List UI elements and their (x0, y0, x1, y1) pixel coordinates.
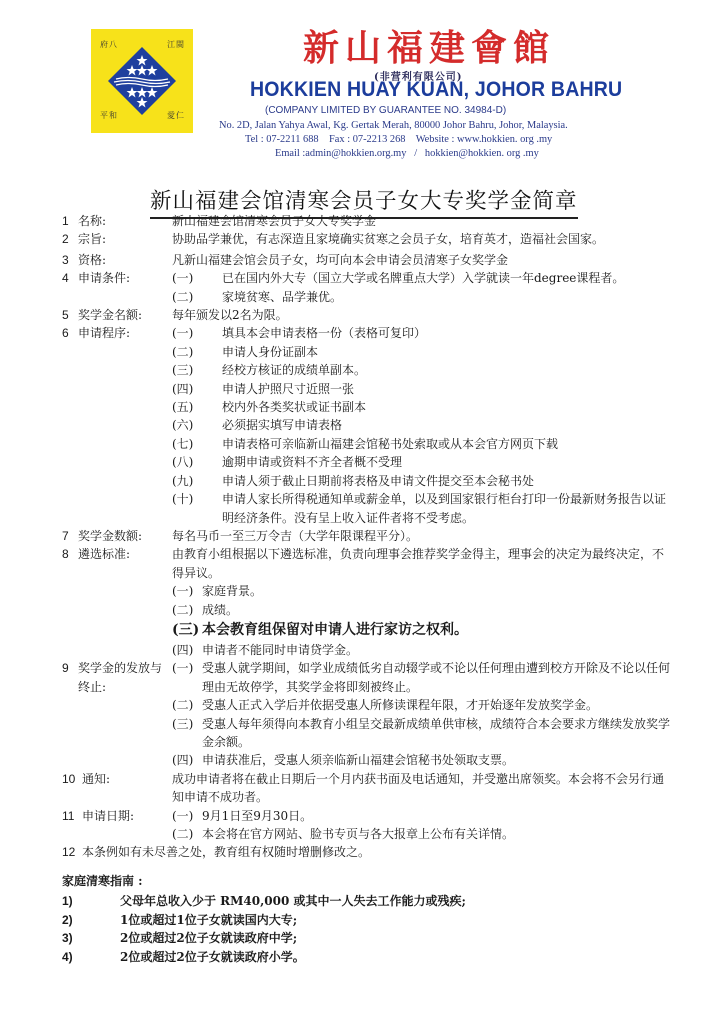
guide-item-number: 3) (62, 929, 120, 947)
item-marker: (四) (172, 380, 222, 398)
item-marker: (八) (172, 453, 222, 471)
item-text: 填具本会申请表格一份（表格可复印） (222, 324, 672, 342)
list-item: (七)申请表格可亲临新山福建会馆秘书处索取或从本会官方网页下载 (172, 435, 672, 453)
guide-item-number: 1) (62, 892, 120, 910)
section-label: 申请程序: (74, 324, 172, 526)
section-number: 4 (62, 269, 74, 306)
guide-item-text: 父母年总收入少于 RM40,000 或其中一人失去工作能力或残疾; (120, 892, 466, 910)
section-number: 9 (62, 659, 74, 769)
item-text: 申请获准后，受惠人须亲临新山福建会馆秘书处领取支票。 (202, 751, 672, 769)
star-diamond-emblem-icon (108, 47, 176, 115)
list-item: (二)家境贫寒、品学兼优。 (172, 288, 672, 306)
item-marker: (二) (172, 696, 202, 714)
item-text: 申请表格可亲临新山福建会馆秘书处索取或从本会官方网页下载 (222, 435, 672, 453)
item-text: 受惠人每年须得向本教育小组呈交最新成绩单供审核，成绩符合本会要求方继续发放奖学金… (202, 715, 672, 752)
section-number: 8 (62, 545, 74, 659)
section-label: 奖学金数额: (74, 527, 172, 545)
item-marker: (一) (172, 807, 202, 825)
item-marker: (二) (172, 343, 222, 361)
organization-logo: 府八 江閩 平和 愛仁 (91, 29, 193, 133)
item-marker: (四) (172, 751, 202, 769)
section-procedure: 6 申请程序: (一)填具本会申请表格一份（表格可复印） (二)申请人身份证副本… (62, 324, 672, 526)
section-label: 资格: (74, 251, 172, 269)
section-notification: 10 通知: 成功申请者将在截止日期后一个月内获书面及电话通知，并受邀出席领奖。… (62, 770, 672, 807)
item-text: 已在国内外大专（国立大学或名牌重点大学）入学就读一年degree课程者。 (222, 269, 672, 287)
item-text: 受惠人正式入学后并依据受惠人所修读课程年限，才开始逐年发放奖学金。 (202, 696, 672, 714)
list-item: (三)受惠人每年须得向本教育小组呈交最新成绩单供审核，成绩符合本会要求方继续发放… (172, 715, 672, 752)
section-amendments: 12 本条例如有未尽善之处，教育组有权随时增删修改之。 (62, 843, 672, 861)
section-application-dates: 11 申请日期: (一)9月1日至9月30日。 (二)本会将在官方网站、脸书专页… (62, 807, 672, 844)
item-text: 家境贫寒、品学兼优。 (222, 288, 672, 306)
section-label: 名称: (74, 212, 172, 230)
logo-text-bottom-right: 愛仁 (167, 110, 185, 121)
family-hardship-guide: 家庭清寒指南 : 1)父母年总收入少于 RM40,000 或其中一人失去工作能力… (62, 872, 672, 966)
item-marker: (十) (172, 490, 222, 527)
list-item: (五)校内外各类奖状或证书副本 (172, 398, 672, 416)
section-number: 11 (62, 807, 78, 844)
guide-item: 2)1位或超过1位子女就读国内大专; (62, 911, 672, 929)
item-text: 受惠人就学期间，如学业成绩低劣自动辍学或不论以任何理由遭到校方开除及不论以任何理… (202, 659, 672, 696)
section-number: 2 (62, 230, 74, 248)
item-marker: (一) (172, 582, 202, 600)
list-item: (四)申请者不能同时申请贷学金。 (172, 641, 672, 659)
section-label: 奖学金名额: (74, 306, 172, 324)
list-item: (四)申请人护照尺寸近照一张 (172, 380, 672, 398)
document-body: 1 名称: 新山福建会馆清寒会员子女大专奖学金 2 宗旨: 协助品学兼优，有志深… (62, 212, 672, 862)
list-item: (六)必须据实填写申请表格 (172, 416, 672, 434)
item-marker: (一) (172, 269, 222, 287)
section-eligibility: 3 资格: 凡新山福建会馆会员子女，均可向本会申请会员清寒子女奖学金 (62, 251, 672, 269)
item-marker: (一) (172, 659, 202, 696)
section-number: 10 (62, 770, 78, 807)
list-item: (十)申请人家长所得税通知单或薪金单，以及到国家银行柜台打印一份最新财务报告以证… (172, 490, 672, 527)
section-amount: 7 奖学金数额: 每名马币一至三万令吉（大学年限课程平分）。 (62, 527, 672, 545)
item-marker: (三) (172, 715, 202, 752)
section-text: 由教育小组根据以下遴选标准，负责向理事会推荐奖学金得主，理事会的决定为最终决定，… (172, 545, 672, 582)
guide-item-number: 2) (62, 911, 120, 929)
contact-line: Tel : 07-2211 688 Fax : 07-2213 268 Webs… (245, 134, 552, 145)
list-item: (三)经校方核证的成绩单副本。 (172, 361, 672, 379)
item-marker: (六) (172, 416, 222, 434)
section-number: 3 (62, 251, 74, 269)
item-marker: (二) (172, 601, 202, 619)
list-item: (一)填具本会申请表格一份（表格可复印） (172, 324, 672, 342)
item-marker: (三) (172, 619, 202, 641)
registration-number: (COMPANY LIMITED BY GUARANTEE NO. 34984-… (265, 105, 506, 116)
guide-item-text: 2位或超过2位子女就读政府中学; (120, 929, 297, 947)
item-text: 申请者不能同时申请贷学金。 (202, 641, 672, 659)
section-selection-criteria: 8 遴选标准: 由教育小组根据以下遴选标准，负责向理事会推荐奖学金得主，理事会的… (62, 545, 672, 659)
section-name: 1 名称: 新山福建会馆清寒会员子女大专奖学金 (62, 212, 672, 230)
section-number: 1 (62, 212, 74, 230)
section-text: 协助品学兼优，有志深造且家境确实贫寒之会员子女，培育英才，造福社会国家。 (172, 230, 672, 248)
list-item: (四)申请获准后，受惠人须亲临新山福建会馆秘书处领取支票。 (172, 751, 672, 769)
list-item: (一)9月1日至9月30日。 (172, 807, 672, 825)
section-label: 通知: (78, 770, 172, 807)
item-text: 经校方核证的成绩单副本。 (222, 361, 672, 379)
list-item: (九)申请人须于截止日期前将表格及申请文件提交至本会秘书处 (172, 472, 672, 490)
section-number: 12 (62, 843, 78, 861)
item-text: 申请人身份证副本 (222, 343, 672, 361)
list-item: (一)已在国内外大专（国立大学或名牌重点大学）入学就读一年degree课程者。 (172, 269, 672, 287)
guide-item-number: 4) (62, 948, 120, 966)
item-marker: (九) (172, 472, 222, 490)
section-purpose: 2 宗旨: 协助品学兼优，有志深造且家境确实贫寒之会员子女，培育英才，造福社会国… (62, 230, 672, 248)
organization-name-chinese: 新山福建會館 (303, 20, 555, 71)
guide-item: 4)2位或超过2位子女就读政府小学。 (62, 948, 672, 966)
section-text: 每名马币一至三万令吉（大学年限课程平分）。 (172, 527, 672, 545)
item-marker: (一) (172, 324, 222, 342)
item-text: 申请人家长所得税通知单或薪金单，以及到国家银行柜台打印一份最新财务报告以证明经济… (222, 490, 672, 527)
item-text: 校内外各类奖状或证书副本 (222, 398, 672, 416)
section-quota: 5 奖学金名额: 每年颁发以2名为限。 (62, 306, 672, 324)
address: No. 2D, Jalan Yahya Awal, Kg. Gertak Mer… (219, 120, 568, 131)
item-text: 本会教育组保留对申请人进行家访之权利。 (202, 619, 672, 641)
item-marker: (二) (172, 288, 222, 306)
section-disbursement-termination: 9 奖学金的发放与终止: (一)受惠人就学期间，如学业成绩低劣自动辍学或不论以任… (62, 659, 672, 769)
item-text: 本会将在官方网站、脸书专页与各大报章上公布有关详情。 (202, 825, 672, 843)
list-item: (二)成绩。 (172, 601, 672, 619)
letterhead: 府八 江閩 平和 愛仁 新山福建會館 (非营利有限公司) HOKKIEN HUA… (0, 0, 725, 170)
list-item: (二)本会将在官方网站、脸书专页与各大报章上公布有关详情。 (172, 825, 672, 843)
section-label: 申请日期: (78, 807, 172, 844)
list-item: (一)家庭背景。 (172, 582, 672, 600)
item-marker: (三) (172, 361, 222, 379)
list-item: (一)受惠人就学期间，如学业成绩低劣自动辍学或不论以任何理由遭到校方开除及不论以… (172, 659, 672, 696)
section-number: 7 (62, 527, 74, 545)
section-text: 每年颁发以2名为限。 (172, 306, 672, 324)
section-conditions: 4 申请条件: (一)已在国内外大专（国立大学或名牌重点大学）入学就读一年deg… (62, 269, 672, 306)
item-marker: (二) (172, 825, 202, 843)
section-label: 宗旨: (74, 230, 172, 248)
section-text: 成功申请者将在截止日期后一个月内获书面及电话通知，并受邀出席领奖。本会将不会另行… (172, 770, 672, 807)
item-text: 申请人须于截止日期前将表格及申请文件提交至本会秘书处 (222, 472, 672, 490)
organization-name-english: HOKKIEN HUAY KUAN, JOHOR BAHRU (250, 78, 622, 102)
section-label: 遴选标准: (74, 545, 172, 659)
list-item: (二)申请人身份证副本 (172, 343, 672, 361)
guide-item-text: 1位或超过1位子女就读国内大专; (120, 911, 297, 929)
section-number: 5 (62, 306, 74, 324)
section-label: 申请条件: (74, 269, 172, 306)
guide-item: 3)2位或超过2位子女就读政府中学; (62, 929, 672, 947)
list-item: (八)逾期申请或资料不齐全者概不受理 (172, 453, 672, 471)
guide-item: 1)父母年总收入少于 RM40,000 或其中一人失去工作能力或残疾; (62, 892, 672, 910)
item-marker: (五) (172, 398, 222, 416)
section-label: 奖学金的发放与终止: (74, 659, 172, 769)
section-text: 凡新山福建会馆会员子女，均可向本会申请会员清寒子女奖学金 (172, 251, 672, 269)
guide-title: 家庭清寒指南 : (62, 872, 672, 890)
item-text: 9月1日至9月30日。 (202, 807, 672, 825)
section-text: 本条例如有未尽善之处，教育组有权随时增删修改之。 (78, 843, 672, 861)
list-item: (二)受惠人正式入学后并依据受惠人所修读课程年限，才开始逐年发放奖学金。 (172, 696, 672, 714)
item-text: 逾期申请或资料不齐全者概不受理 (222, 453, 672, 471)
section-text: 新山福建会馆清寒会员子女大专奖学金 (172, 212, 672, 230)
list-item-emphasis: (三)本会教育组保留对申请人进行家访之权利。 (172, 619, 672, 641)
item-text: 家庭背景。 (202, 582, 672, 600)
email-line: Email :admin@hokkien.org.my / hokkien@ho… (275, 148, 539, 159)
item-marker: (四) (172, 641, 202, 659)
logo-text-bottom-left: 平和 (100, 110, 118, 121)
item-text: 必须据实填写申请表格 (222, 416, 672, 434)
item-text: 申请人护照尺寸近照一张 (222, 380, 672, 398)
guide-item-text: 2位或超过2位子女就读政府小学。 (120, 948, 305, 966)
item-text: 成绩。 (202, 601, 672, 619)
section-number: 6 (62, 324, 74, 526)
item-marker: (七) (172, 435, 222, 453)
